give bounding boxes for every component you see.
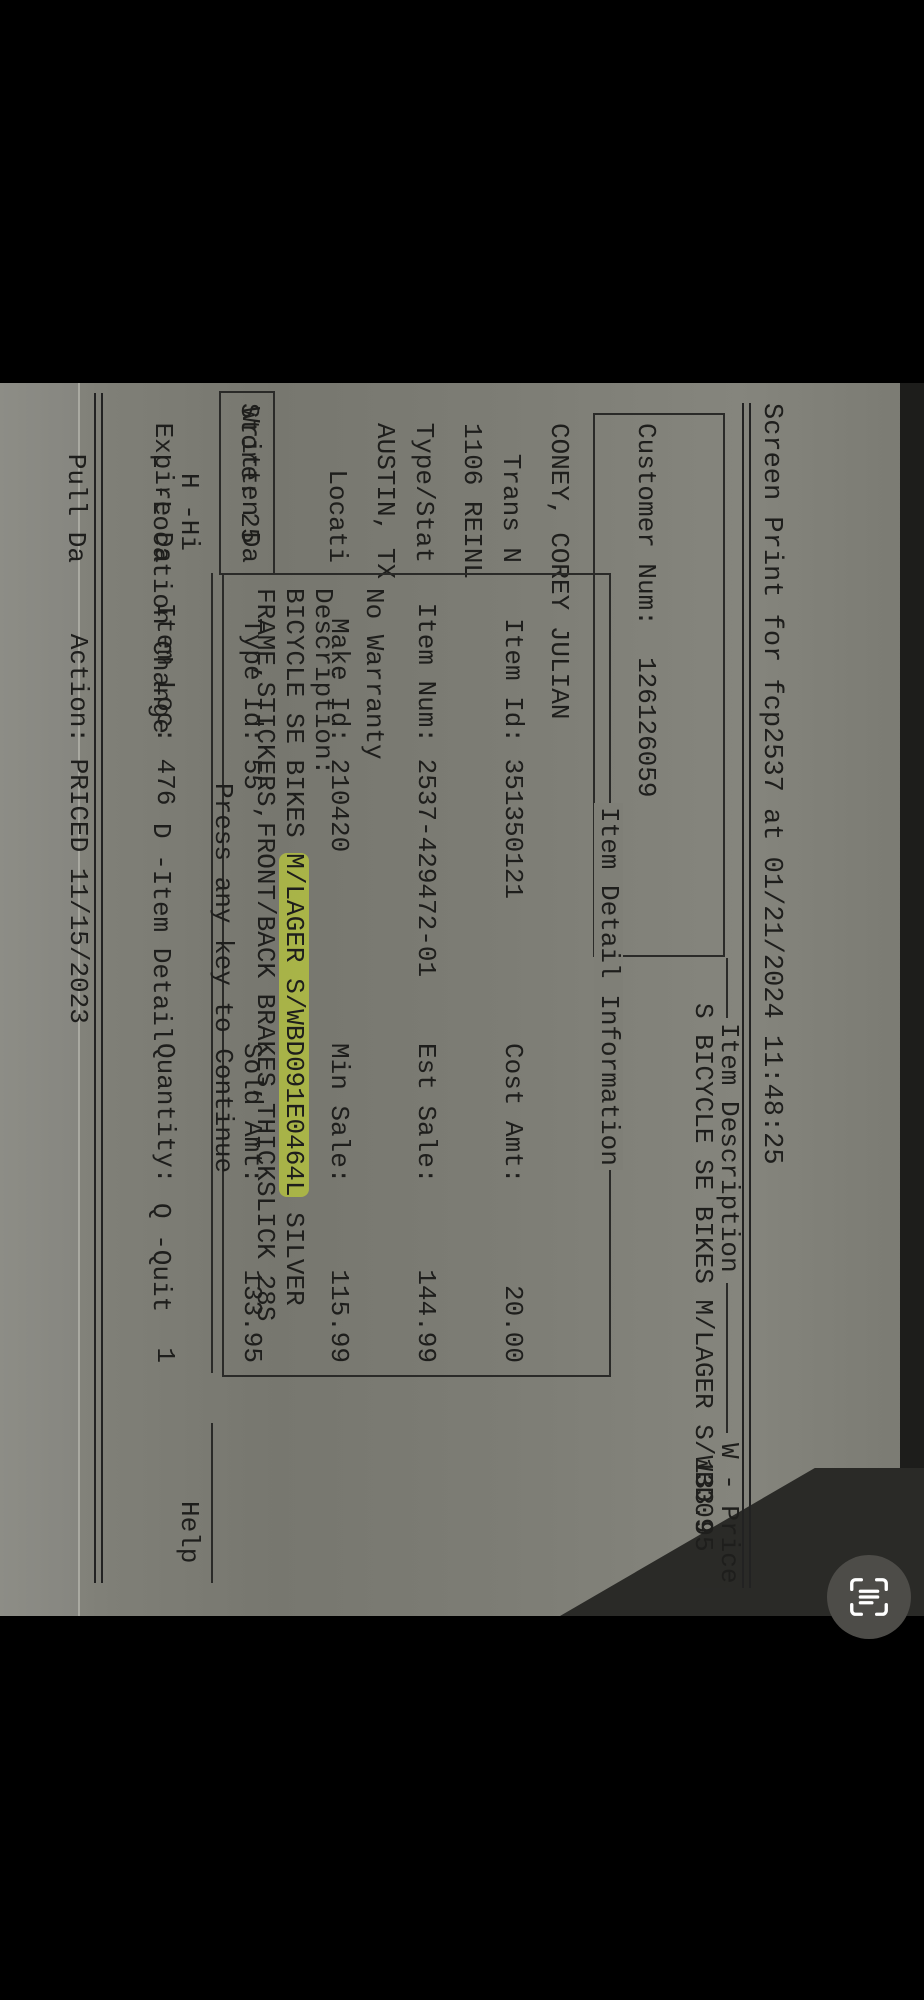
header-rule-mid (726, 1283, 728, 1433)
photo-viewer: Screen Print for fcp2537 at 01/21/2024 1… (0, 0, 924, 2000)
description-text: SILVER (279, 1197, 309, 1306)
item-field-label: Item Id: (498, 583, 527, 743)
item-field-value: 476 (150, 759, 179, 806)
item-detail-title: Item Detail Information (594, 803, 623, 1170)
background-surface (900, 383, 924, 1616)
description-line-1: BICYCLE SE BIKES M/LAGER S/WBD091E0464L … (279, 588, 308, 1306)
highlighted-serial: M/LAGER S/WBD091E0464L (279, 853, 309, 1196)
left-label: Locati (322, 393, 351, 563)
item-field-label: Action: (63, 583, 92, 743)
key-d-item-detail: D -Item Detail (146, 823, 175, 1041)
header-rule-left (726, 958, 728, 1018)
left-label-column: Trans N Type/Stat Locati Written Da Expi… (3, 393, 583, 563)
amount-label: Quantity: (150, 1043, 179, 1183)
amount-label: Min Sale: (324, 1043, 353, 1183)
item-field-value: PRICED 11/15/2023 (63, 759, 92, 1024)
scan-text-icon (846, 1574, 892, 1620)
left-label: Pull Da (61, 393, 90, 563)
key-h-hi: H -Hi (174, 473, 203, 551)
key-l-location-change: L -Location Change (146, 453, 175, 734)
key-help: Help (174, 1501, 203, 1563)
left-label: Type/Stat (409, 393, 438, 563)
bottom-double-rule (94, 393, 103, 1583)
amount-value: 115.99 (324, 1269, 353, 1363)
left-label: Trans N (496, 393, 525, 563)
price-header: W - Price (714, 1443, 743, 1583)
printed-screen-print: Screen Print for fcp2537 at 01/21/2024 1… (0, 383, 903, 1616)
description-label: Description: (308, 588, 337, 775)
item-field-label: Item Num: (411, 583, 440, 743)
amount-value: 144.99 (411, 1269, 440, 1363)
item-field-value: 2537-429472-01 (411, 759, 440, 977)
screen-print-title: Screen Print for fcp2537 at 01/21/2024 1… (756, 403, 785, 1165)
amount-value: 1 (150, 1347, 179, 1363)
customer-num-label: Customer Num: (631, 423, 661, 626)
description-line-2: FRAME,STICKERS,FRONT/BACK BRAKES,THICKSL… (250, 588, 279, 1321)
amount-value: 20.00 (498, 1285, 527, 1363)
amount-label: Est Sale: (411, 1043, 440, 1183)
description-text: BICYCLE SE BIKES (279, 588, 309, 853)
continue-prompt: Press any key to Continue (208, 783, 237, 1173)
store-number: Store: 25 (234, 403, 263, 543)
scan-text-button[interactable] (827, 1555, 911, 1639)
photo: Screen Print for fcp2537 at 01/21/2024 1… (0, 383, 924, 1616)
price-value: 133.95 (688, 1458, 717, 1552)
amount-label: Cost Amt: (498, 1043, 527, 1183)
warranty-text: No Warranty (359, 588, 388, 760)
item-description-header: Item Description (714, 1023, 743, 1273)
item-field-value: 351350121 (498, 759, 527, 899)
title-double-rule (742, 403, 751, 1588)
header-rule-right (693, 1588, 733, 1590)
key-q-quit: Q -Quit (146, 1203, 175, 1312)
help-rule (211, 1423, 213, 1583)
item-description-value: S BICYCLE SE BIKES M/LAGER S/WBD09 (688, 1003, 717, 1534)
customer-num-value: 126126059 (631, 657, 661, 797)
